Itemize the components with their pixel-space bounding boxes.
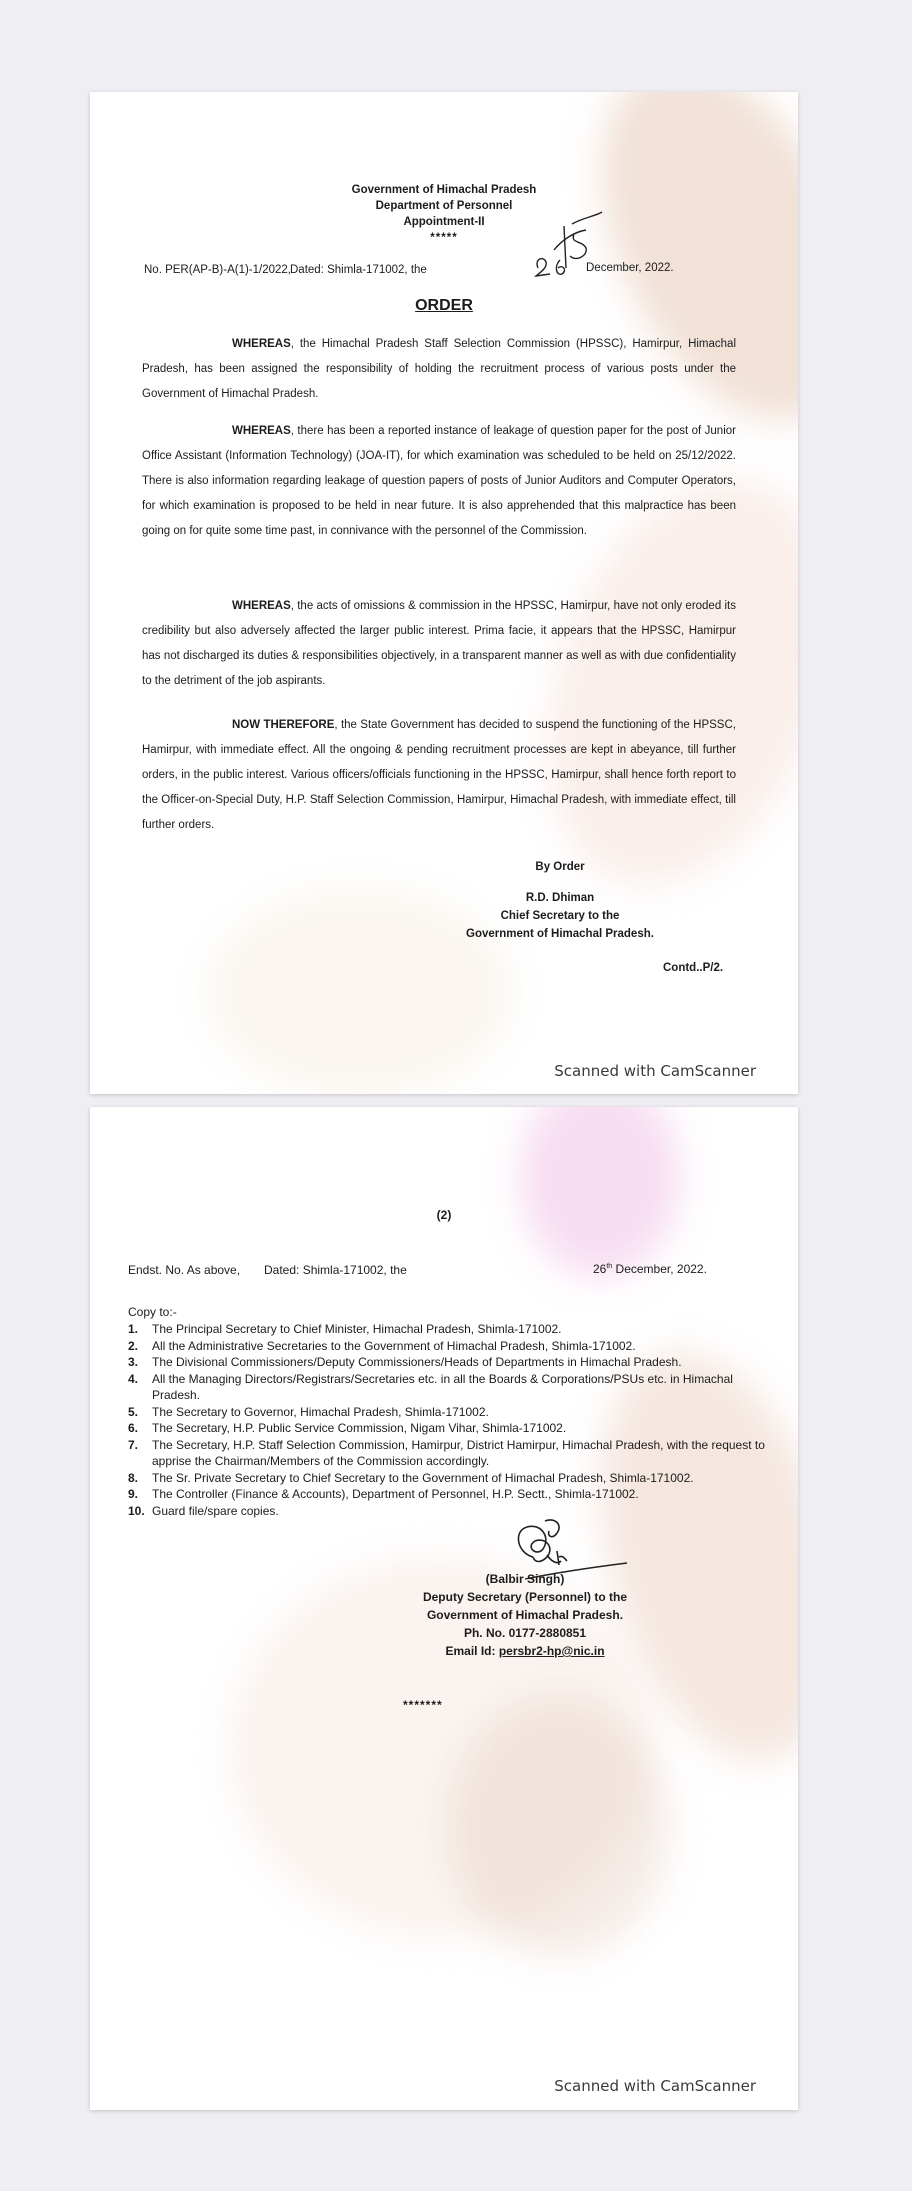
paragraph-3: WHEREAS, the acts of omissions & commiss… [142, 594, 736, 694]
list-item: 8.The Sr. Private Secretary to Chief Sec… [128, 1470, 768, 1487]
list-item: 9.The Controller (Finance & Accounts), D… [128, 1486, 768, 1503]
signatory-name: R.D. Dhiman [445, 889, 675, 907]
letterhead-department: Department of Personnel [90, 198, 798, 214]
paragraph-2: WHEREAS, there has been a reported insta… [142, 419, 736, 544]
order-date: December, 2022. [586, 262, 674, 274]
list-item: 1.The Principal Secretary to Chief Minis… [128, 1321, 768, 1338]
signatory-government: Government of Himachal Pradesh. [445, 925, 675, 943]
signatory-name: (Balbir Singh) [420, 1570, 630, 1588]
paragraph-lead: WHEREAS [232, 600, 291, 612]
paragraph-4: NOW THEREFORE, the State Government has … [142, 713, 736, 838]
continued-note: Contd..P/2. [663, 962, 723, 974]
copy-to-label: Copy to:- [128, 1305, 177, 1319]
document-page-1: Government of Himachal Pradesh Departmen… [90, 92, 798, 1094]
order-title: ORDER [90, 297, 798, 315]
signatory-email: Email Id: persbr2-hp@nic.in [420, 1642, 630, 1660]
list-item: 4.All the Managing Directors/Registrars/… [128, 1371, 768, 1404]
paragraph-lead: WHEREAS [232, 425, 291, 437]
endorsement-date: 26th December, 2022. [593, 1262, 707, 1276]
letterhead: Government of Himachal Pradesh Departmen… [90, 182, 798, 246]
signatory-phone: Ph. No. 0177-2880851 [420, 1624, 630, 1642]
by-order: By Order [510, 858, 610, 876]
letterhead-government: Government of Himachal Pradesh [90, 182, 798, 198]
endorsement-number: Endst. No. As above, [128, 1263, 240, 1277]
signatory-block: (Balbir Singh) Deputy Secretary (Personn… [420, 1570, 630, 1660]
signatory-designation: Chief Secretary to the [445, 907, 675, 925]
email-link[interactable]: persbr2-hp@nic.in [499, 1644, 605, 1658]
page-number: (2) [90, 1208, 798, 1222]
paragraph-lead: WHEREAS [232, 338, 291, 350]
letterhead-stars: ***** [90, 230, 798, 246]
list-item: 6.The Secretary, H.P. Public Service Com… [128, 1420, 768, 1437]
signatory-designation: Deputy Secretary (Personnel) to the [420, 1588, 630, 1606]
signatory-block: R.D. Dhiman Chief Secretary to the Gover… [445, 889, 675, 943]
camscanner-watermark: Scanned with CamScanner [554, 2077, 756, 2095]
list-item: 7.The Secretary, H.P. Staff Selection Co… [128, 1437, 768, 1470]
dated-line: Dated: Shimla-171002, the [264, 1263, 407, 1277]
reference-number: No. PER(AP-B)-A(1)-1/2022, [144, 264, 291, 276]
list-item: 5.The Secretary to Governor, Himachal Pr… [128, 1404, 768, 1421]
paragraph-lead: NOW THEREFORE [232, 719, 334, 731]
dated-line: Dated: Shimla-171002, the [290, 264, 427, 276]
signatory-government: Government of Himachal Pradesh. [420, 1606, 630, 1624]
paragraph-1: WHEREAS, the Himachal Pradesh Staff Sele… [142, 332, 736, 407]
list-item: 2.All the Administrative Secretaries to … [128, 1338, 768, 1355]
document-page-2: (2) Endst. No. As above, Dated: Shimla-1… [90, 1107, 798, 2110]
camscanner-watermark: Scanned with CamScanner [554, 1062, 756, 1080]
copy-list: 1.The Principal Secretary to Chief Minis… [128, 1321, 768, 1519]
end-stars: ******* [403, 1698, 443, 1712]
letterhead-section: Appointment-II [90, 214, 798, 230]
list-item: 10.Guard file/spare copies. [128, 1503, 768, 1520]
list-item: 3.The Divisional Commissioners/Deputy Co… [128, 1354, 768, 1371]
